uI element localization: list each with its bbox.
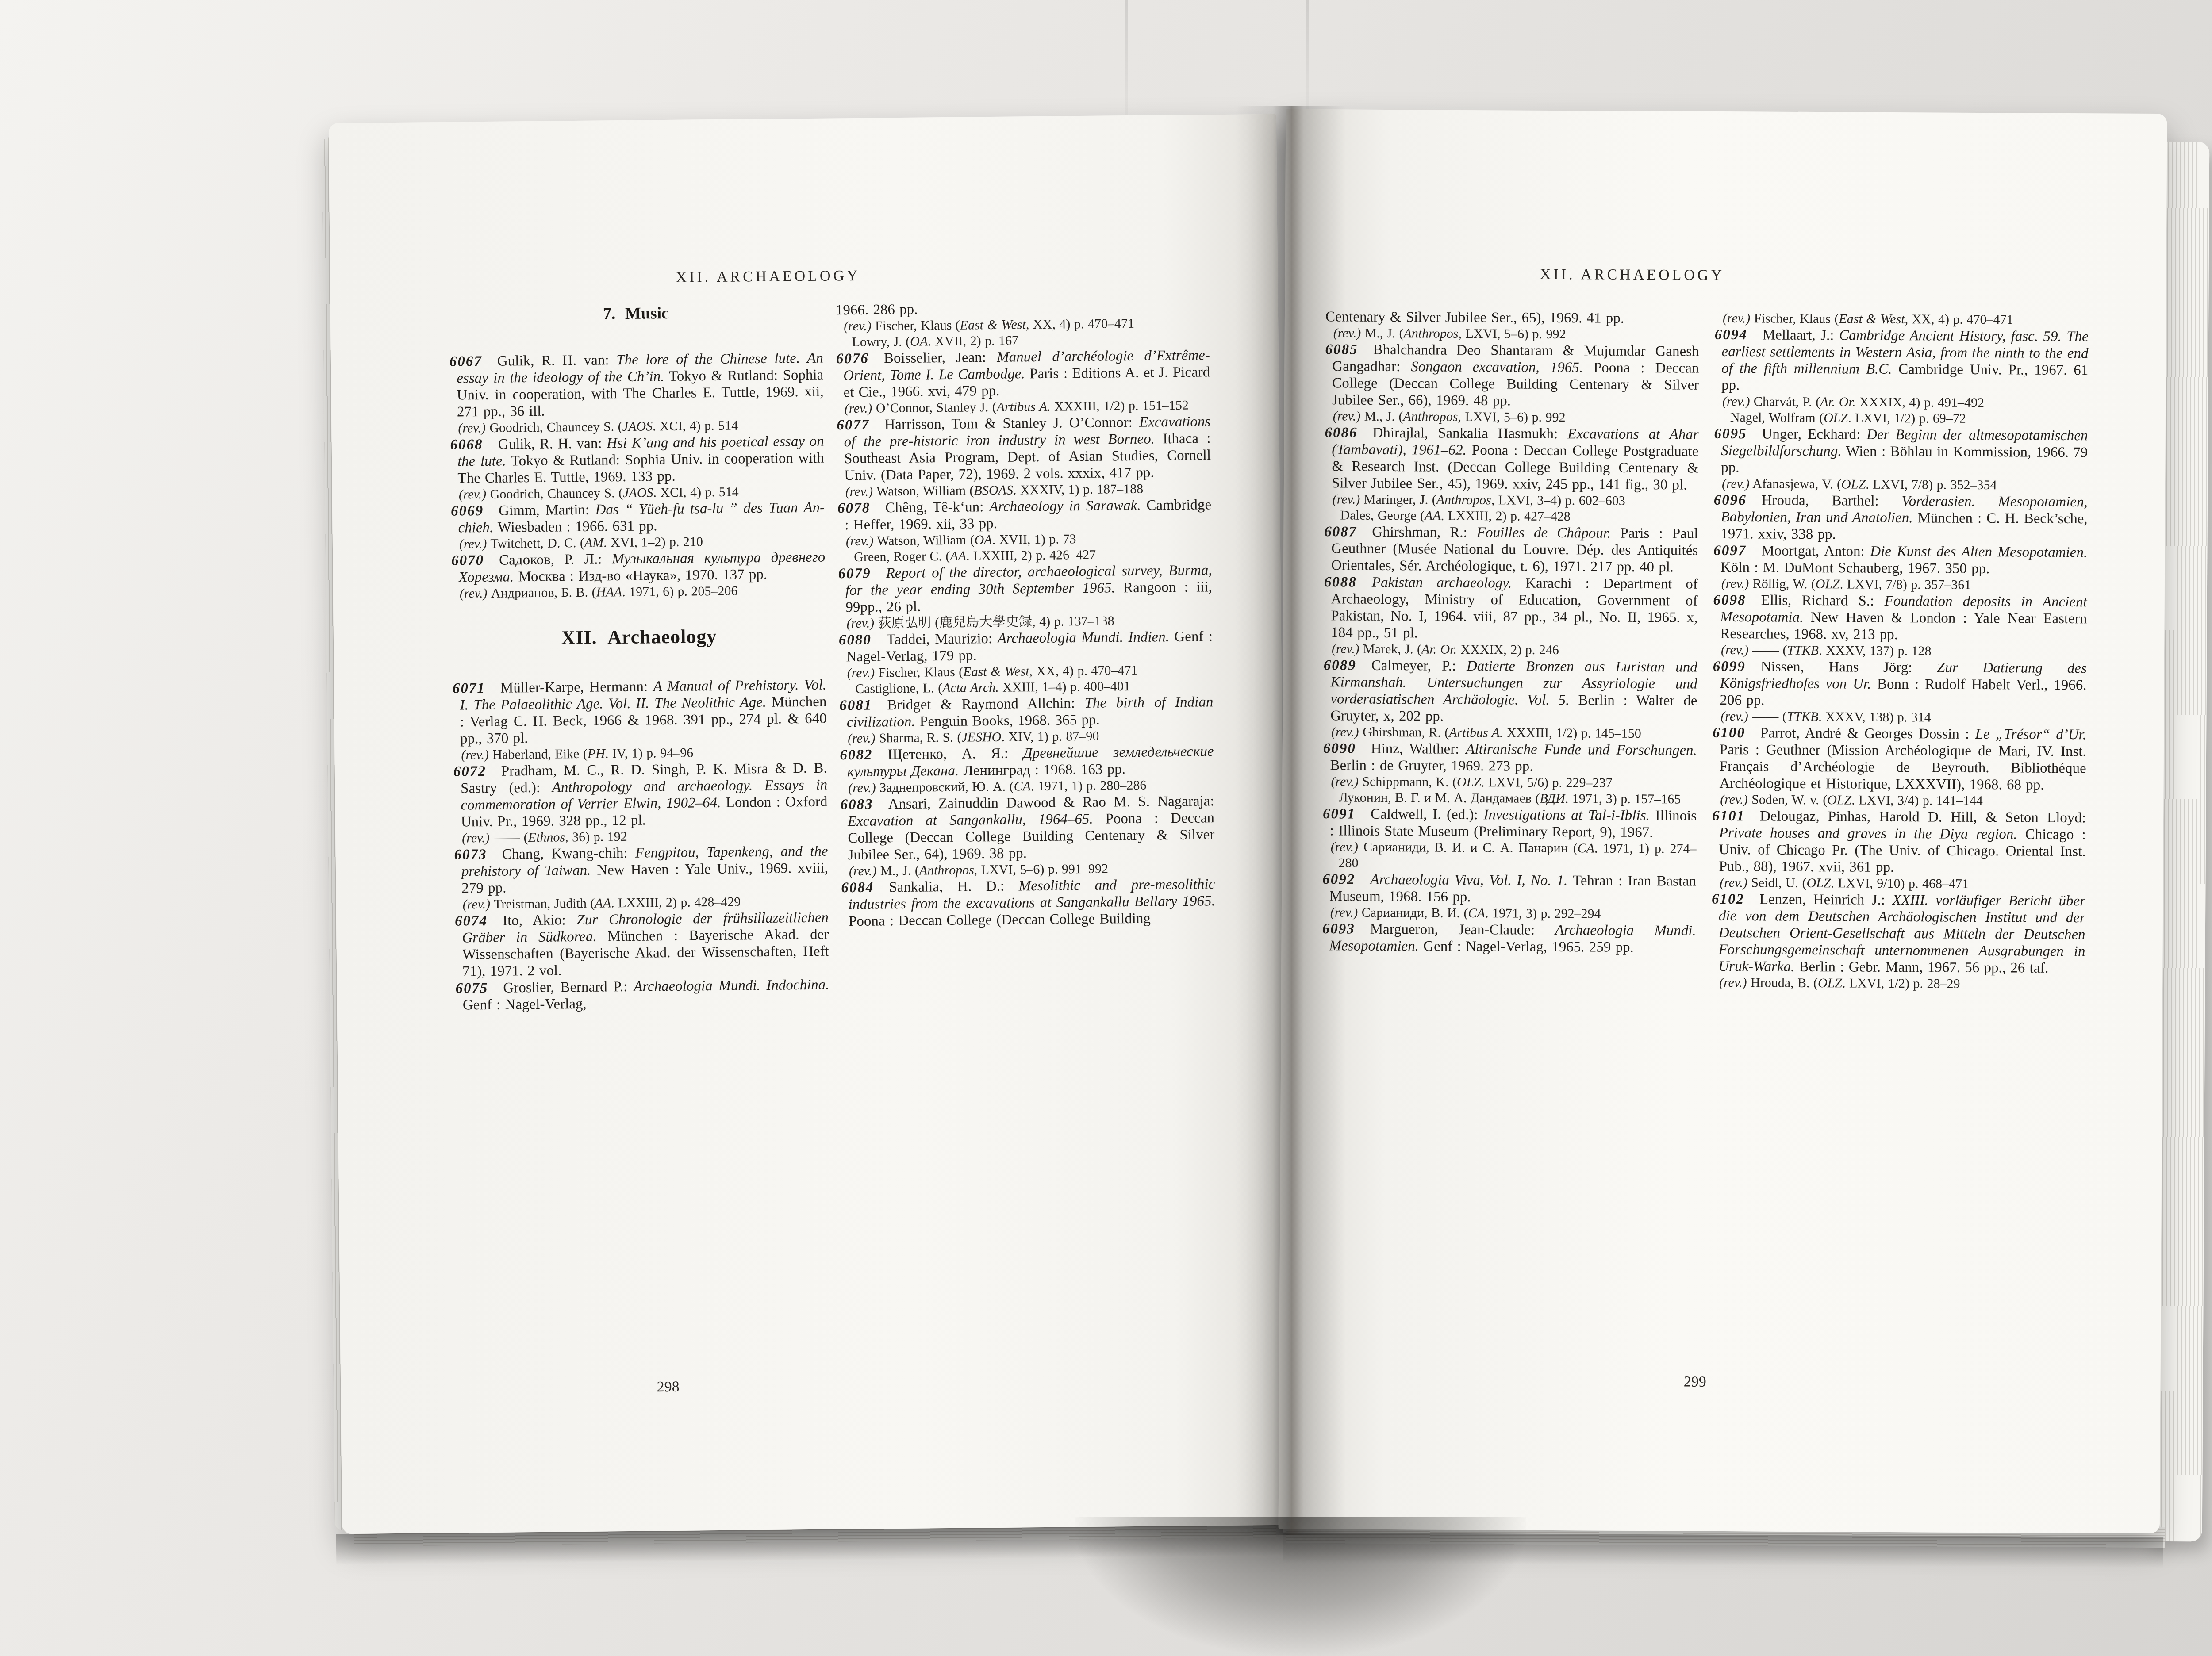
entry-text: 6081Bridget & Raymond Allchin: The birth… xyxy=(839,694,1214,731)
entry-text: 6094Mellaart, J.: Cambridge Ancient Hist… xyxy=(1714,326,2089,395)
review-line: Dales, George (AA. LXXIII, 2) p. 427–428 xyxy=(1325,507,1698,525)
entry-text: 6093Margueron, Jean-Claude: Archaeologia… xyxy=(1322,920,1696,956)
entry-number: 6071 xyxy=(453,680,485,697)
entry-text: 6080Taddei, Maurizio: Archaeologia Mundi… xyxy=(839,628,1213,665)
right-page-column-1: Centenary & Silver Jubilee Ser., 65), 19… xyxy=(1322,308,1699,956)
entry-number: 6076 xyxy=(836,351,869,367)
bib-entry-6079: 6079Report of the director, archaeologic… xyxy=(838,562,1212,632)
left-page-number: 298 xyxy=(637,1378,699,1395)
entry-text: 6067Gulik, R. H. van: The lore of the Ch… xyxy=(449,350,824,421)
entry-number: 6088 xyxy=(1324,574,1357,590)
entry-number: 6091 xyxy=(1323,806,1356,822)
background-seam xyxy=(1125,0,1128,119)
entry-number: 6075 xyxy=(455,980,488,997)
review-line: (rev.) Сарианиди, В. И. (CA. 1971, 3) p.… xyxy=(1322,905,1696,922)
entry-number: 6069 xyxy=(451,503,484,519)
bib-entry-6101: 6101Delougaz, Pinhas, Harold D. Hill, & … xyxy=(1712,808,2086,893)
bib-entry-6093: 6093Margueron, Jean-Claude: Archaeologia… xyxy=(1322,920,1696,956)
review-line: (rev.) M., J. (Anthropos, LXVI, 5–6) p. … xyxy=(1325,408,1699,426)
bib-entry-6098: 6098Ellis, Richard S.: Foundation deposi… xyxy=(1713,592,2087,660)
bib-entry-6080: 6080Taddei, Maurizio: Archaeologia Mundi… xyxy=(839,628,1213,697)
bib-entry-6067: 6067Gulik, R. H. van: The lore of the Ch… xyxy=(449,350,824,437)
entry-text: 6090Hinz, Walther: Altiranische Funde un… xyxy=(1323,740,1697,775)
review-line: (rev.) Сарианиди, В. И. и С. А. Панарин … xyxy=(1322,839,1696,873)
bib-entry-6083: 6083Ansari, Zainuddin Dawood & Rao M. S.… xyxy=(840,793,1215,879)
entry-number: 6095 xyxy=(1714,426,1747,442)
entry-text: 6078Chêng, Tê-k‘un: Archaeology in Saraw… xyxy=(837,496,1212,533)
review-line: Луконин, В. Г. и М. А. Дандамаев (ВДИ. 1… xyxy=(1323,790,1697,807)
bib-entry-6081: 6081Bridget & Raymond Allchin: The birth… xyxy=(839,694,1214,747)
left-page-column-2: 1966. 286 pp.(rev.) Fischer, Klaus (East… xyxy=(836,298,1216,930)
entry-text: 6069Gimm, Martin: Das “ Yüeh-fu tsa-lu ”… xyxy=(451,499,825,537)
bib-entry-6102: 6102Lenzen, Heinrich J.: XXIII. vorläufi… xyxy=(1711,891,2085,993)
entry-number: 6074 xyxy=(455,913,488,929)
entry-text: 6097Moortgat, Anton: Die Kunst des Alten… xyxy=(1713,542,2087,578)
entry-number: 6078 xyxy=(837,500,870,517)
spine-shadow xyxy=(1075,1517,1526,1656)
bib-entry-6076: 6076Boisselier, Jean: Manuel d’archéolog… xyxy=(836,347,1210,417)
entry-text: 6092Archaeologia Viva, Vol. I, No. 1. Te… xyxy=(1322,871,1696,906)
entry-number: 6068 xyxy=(450,437,483,453)
entry-text: 6077Harrisson, Tom & Stanley J. O’Connor… xyxy=(837,413,1211,484)
bib-entry-6068: 6068Gulik, R. H. van: Hsi K’ang and his … xyxy=(450,433,825,503)
bib-entry-6072: 6072Pradham, M. C., R. D. Singh, P. K. M… xyxy=(453,760,828,847)
right-page-column-2: (rev.) Fischer, Klaus (East & West, XX, … xyxy=(1711,310,2089,993)
left-running-header: XII. ARCHAEOLOGY xyxy=(635,267,901,287)
review-line: (rev.) —— (TTKB. XXXV, 137) p. 128 xyxy=(1713,642,2087,660)
bib-entry-6099: 6099Nissen, Hans Jörg: Zur Datierung des… xyxy=(1713,658,2087,726)
subsection-heading: 7. Music xyxy=(449,302,823,325)
review-line: (rev.) Afanasjewa, V. (OLZ. LXVI, 7/8) p… xyxy=(1714,476,2088,494)
entry-number: 6101 xyxy=(1712,808,1745,824)
entry-number: 6099 xyxy=(1713,659,1746,675)
entry-number: 6081 xyxy=(839,698,872,714)
bib-entry-6069: 6069Gimm, Martin: Das “ Yüeh-fu tsa-lu ”… xyxy=(451,499,825,552)
review-line: (rev.) Ghirshman, R. (Artibus A. XXXIII,… xyxy=(1323,724,1697,742)
entry-text: 6071Müller-Karpe, Hermann: A Manual of P… xyxy=(453,677,827,747)
entry-number: 6093 xyxy=(1322,921,1355,937)
entry-number: 6085 xyxy=(1325,341,1358,357)
review-line: (rev.) M., J. (Anthropos, LXVI, 5–6) p. … xyxy=(1325,325,1699,343)
entry-text: 6096Hrouda, Barthel: Vorderasien. Mesopo… xyxy=(1713,492,2088,544)
entry-text: 6082Щетенко, А. Я.: Древнейшие земледель… xyxy=(840,743,1214,780)
bib-entry-6070: 6070Садоков, Р. Л.: Музыкальная культура… xyxy=(451,549,826,602)
entry-text: 6083Ansari, Zainuddin Dawood & Rao M. S.… xyxy=(840,793,1214,863)
bib-entry-6084: 6084Sankalia, H. D.: Mesolithic and pre-… xyxy=(841,876,1215,930)
bib-entry-6086: 6086Dhirajlal, Sankalia Hasmukh: Excavat… xyxy=(1325,424,1699,525)
entry-text: 6068Gulik, R. H. van: Hsi K’ang and his … xyxy=(450,433,825,487)
entry-number: 6096 xyxy=(1714,492,1747,508)
entry-text: 6101Delougaz, Pinhas, Harold D. Hill, & … xyxy=(1712,808,2086,877)
entry-text: 6088Pakistan archaeology. Karachi : Depa… xyxy=(1324,574,1698,643)
bib-entry-6077: 6077Harrisson, Tom & Stanley J. O’Connor… xyxy=(837,413,1211,500)
review-line: (rev.) Charvát, P. (Ar. Or. XXXIX, 4) p.… xyxy=(1714,394,2088,411)
entry-text: 6091Caldwell, I. (ed.): Investigations a… xyxy=(1323,805,1697,841)
entry-number: 6098 xyxy=(1713,592,1746,608)
bib-entry-6092: 6092Archaeologia Viva, Vol. I, No. 1. Te… xyxy=(1322,871,1697,922)
bib-entry-6078: 6078Chêng, Tê-k‘un: Archaeology in Saraw… xyxy=(837,496,1212,565)
entry-text: 6084Sankalia, H. D.: Mesolithic and pre-… xyxy=(841,876,1215,930)
bib-entry-6100: 6100Parrot, André & Georges Dossin : Le … xyxy=(1712,724,2086,809)
bib-entry-6096: 6096Hrouda, Barthel: Vorderasien. Mesopo… xyxy=(1713,492,2088,544)
entry-number: 6087 xyxy=(1324,524,1357,540)
review-line: (rev.) —— (TTKB. XXXV, 138) p. 314 xyxy=(1713,709,2086,726)
entry-number: 6079 xyxy=(838,566,871,582)
bib-entry-6071: 6071Müller-Karpe, Hermann: A Manual of P… xyxy=(453,677,827,763)
bib-entry-6091: 6091Caldwell, I. (ed.): Investigations a… xyxy=(1322,805,1697,873)
entry-text: 6086Dhirajlal, Sankalia Hasmukh: Excavat… xyxy=(1325,424,1699,493)
bib-entry-6088: 6088Pakistan archaeology. Karachi : Depa… xyxy=(1324,574,1698,659)
entry-text: 6089Calmeyer, P.: Datierte Bronzen aus L… xyxy=(1323,657,1697,726)
entry-number: 6092 xyxy=(1322,871,1355,887)
entry-text: 6085Bhalchandra Deo Shantaram & Mujumdar… xyxy=(1325,341,1699,410)
background-seam xyxy=(1306,0,1309,113)
review-line: (rev.) Röllig, W. (OLZ. LXVI, 7/8) p. 35… xyxy=(1713,576,2087,594)
right-page: XII. ARCHAEOLOGY Centenary & Silver Jubi… xyxy=(1279,109,2167,1533)
review-line: (rev.) Андрианов, Б. В. (НАА. 1971, 6) p… xyxy=(452,583,826,602)
entry-number: 6100 xyxy=(1713,725,1745,741)
entry-number: 6073 xyxy=(454,847,487,863)
entry-text: 6079Report of the director, archaeologic… xyxy=(838,562,1212,616)
entry-text: 6098Ellis, Richard S.: Foundation deposi… xyxy=(1713,592,2087,644)
bib-entry-continuation: (rev.) Fischer, Klaus (East & West, XX, … xyxy=(1715,310,2089,328)
bib-entry-6095: 6095Unger, Eckhard: Der Beginn der altme… xyxy=(1714,425,2088,494)
entry-number: 6094 xyxy=(1715,327,1747,343)
review-line: (rev.) Hrouda, B. (OLZ. LXVI, 1/2) p. 28… xyxy=(1711,975,2085,993)
entry-text: 6095Unger, Eckhard: Der Beginn der altme… xyxy=(1714,425,2088,478)
bib-entry-continuation: Centenary & Silver Jubilee Ser., 65), 19… xyxy=(1325,308,1699,343)
bib-entry-6087: 6087Ghirshman, R.: Fouilles de Châpour. … xyxy=(1324,523,1698,575)
bib-entry-6073: 6073Chang, Kwang-chih: Fengpitou, Tapenk… xyxy=(454,843,828,913)
entry-number: 6077 xyxy=(837,417,869,433)
bib-entry-6089: 6089Calmeyer, P.: Datierte Bronzen aus L… xyxy=(1323,657,1697,742)
review-line: (rev.) Seidl, U. (OLZ. LXVI, 9/10) p. 46… xyxy=(1712,875,2085,893)
entry-number: 6080 xyxy=(839,632,872,648)
review-line: (rev.) Soden, W. v. (OLZ. LXVI, 3/4) p. … xyxy=(1712,792,2086,809)
entry-text: 6076Boisselier, Jean: Manuel d’archéolog… xyxy=(836,347,1210,401)
entry-number: 6070 xyxy=(451,552,484,569)
entry-number: 6089 xyxy=(1324,657,1356,673)
entry-text: 6100Parrot, André & Georges Dossin : Le … xyxy=(1712,724,2086,793)
bib-entry-6094: 6094Mellaart, J.: Cambridge Ancient Hist… xyxy=(1714,326,2089,427)
review-line: (rev.) Marek, J. (Ar. Or. XXXIX, 2) p. 2… xyxy=(1324,641,1697,659)
entry-text: 6102Lenzen, Heinrich J.: XXIII. vorläufi… xyxy=(1711,891,2085,977)
bib-entry-6074: 6074Ito, Akio: Zur Chronologie der frühs… xyxy=(455,909,829,980)
bib-entry-6085: 6085Bhalchandra Deo Shantaram & Mujumdar… xyxy=(1325,341,1699,426)
bib-entry-6082: 6082Щетенко, А. Я.: Древнейшие земледель… xyxy=(840,743,1214,796)
bib-entry-continuation: 1966. 286 pp.(rev.) Fischer, Klaus (East… xyxy=(836,298,1210,350)
entry-number: 6083 xyxy=(840,797,873,813)
entry-text: 6075Groslier, Bernard P.: Archaeologia M… xyxy=(455,977,829,1014)
review-line: (rev.) Schippmann, K. (OLZ. LXVI, 5/6) p… xyxy=(1323,774,1697,791)
review-line: (rev.) Maringer, J. (Anthropos, LXVI, 3–… xyxy=(1325,491,1698,509)
bib-entry-6097: 6097Moortgat, Anton: Die Kunst des Alten… xyxy=(1713,542,2088,594)
left-page: XII. ARCHAEOLOGY 7. Music6067Gulik, R. H… xyxy=(329,114,1290,1534)
entry-text: 6099Nissen, Hans Jörg: Zur Datierung des… xyxy=(1713,658,2087,710)
entry-text: 6074Ito, Akio: Zur Chronologie der frühs… xyxy=(455,909,829,980)
entry-number: 6067 xyxy=(449,353,482,370)
entry-text: 6070Садоков, Р. Л.: Музыкальная культура… xyxy=(451,549,826,586)
entry-number: 6097 xyxy=(1713,543,1746,559)
entry-number: 6072 xyxy=(453,763,486,780)
right-running-header: XII. ARCHAEOLOGY xyxy=(1499,266,1765,284)
review-line: Nagel, Wolfram (OLZ. LXVI, 1/2) p. 69–72 xyxy=(1714,410,2088,427)
section-heading: XII. Archaeology xyxy=(452,624,826,650)
review-line: (rev.) Fischer, Klaus (East & West, XX, … xyxy=(1715,310,2089,328)
bib-entry-6090: 6090Hinz, Walther: Altiranische Funde un… xyxy=(1323,740,1697,807)
left-page-column-1: 7. Music6067Gulik, R. H. van: The lore o… xyxy=(449,302,829,1014)
right-page-number: 299 xyxy=(1664,1373,1726,1391)
entry-number: 6102 xyxy=(1712,891,1744,907)
entry-number: 6090 xyxy=(1323,740,1356,756)
entry-text: 6073Chang, Kwang-chih: Fengpitou, Tapenk… xyxy=(454,843,828,897)
entry-text: Centenary & Silver Jubilee Ser., 65), 19… xyxy=(1325,308,1699,327)
entry-number: 6086 xyxy=(1325,425,1357,441)
bib-entry-6075: 6075Groslier, Bernard P.: Archaeologia M… xyxy=(455,977,829,1014)
entry-number: 6084 xyxy=(841,880,874,896)
entry-text: 6087Ghirshman, R.: Fouilles de Châpour. … xyxy=(1324,523,1698,575)
entry-number: 6082 xyxy=(840,747,872,763)
entry-text: 6072Pradham, M. C., R. D. Singh, P. K. M… xyxy=(453,760,828,831)
